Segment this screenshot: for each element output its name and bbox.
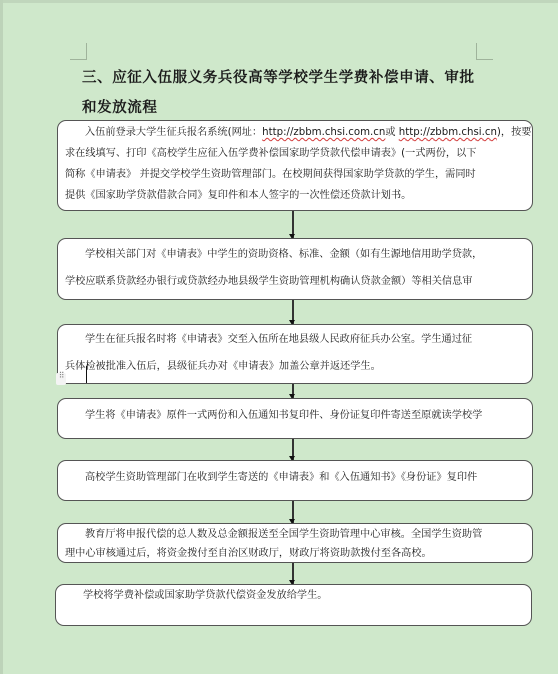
flow-step-6-line-2: 理中心审核通过后，将资金拨付至自治区财政厅，财政厅将资助款拨付至各高校。 [65, 544, 525, 563]
step-1-text-mid: 或 [385, 127, 398, 138]
flow-step-1-box[interactable]: 入伍前登录大学生征兵报名系统(网址：http://zbbm.chsi.com.c… [57, 120, 533, 211]
flow-step-7-box[interactable]: 学校将学费补偿或国家助学贷款代偿资金发放给学生。 [55, 584, 532, 626]
section-heading-line1: 三、应征入伍服义务兵役高等学校学生学费补偿申请、审批 [82, 66, 482, 87]
flow-step-1-line-1: 入伍前登录大学生征兵报名系统(网址：http://zbbm.chsi.com.c… [65, 122, 525, 143]
flow-step-7-line-1: 学校将学费补偿或国家助学贷款代偿资金发放给学生。 [63, 585, 524, 606]
flow-step-2-line-1: 学校相关部门对《申请表》中学生的资助资格、标准、金额（如有生源地信用助学贷款， [65, 241, 525, 268]
arrow-down-connector [292, 439, 294, 460]
flow-step-3-box[interactable]: 学生在征兵报名时将《申请表》交至入伍所在地县级人民政府征兵办公室。学生通过征 兵… [57, 324, 533, 384]
flow-step-4-line-1: 学生将《申请表》原件一式两份和入伍通知书复印件、身份证复印件寄送至原就读学校学 [65, 405, 525, 426]
flow-step-6-line-1: 教育厅将申报代偿的总人数及总金额报送至全国学生资助管理中心审核。全国学生资助管 [65, 525, 525, 544]
flow-step-2-box[interactable]: 学校相关部门对《申请表》中学生的资助资格、标准、金额（如有生源地信用助学贷款， … [57, 238, 533, 300]
flow-step-1-line-4: 提供《国家助学贷款借款合同》复印件和本人签字的一次性偿还贷款计划书。 [65, 185, 525, 206]
flow-step-5-box[interactable]: 高校学生资助管理部门在收到学生寄送的《申请表》和《入伍通知书》《身份证》复印件 [57, 460, 533, 501]
flow-step-6-box[interactable]: 教育厅将申报代偿的总人数及总金额报送至全国学生资助管理中心审核。全国学生资助管 … [57, 523, 533, 563]
url-link-2[interactable]: http://zbbm.chsi.cn [399, 127, 497, 138]
section-heading-line2: 和发放流程 [82, 96, 482, 117]
window-left-edge [0, 0, 3, 674]
text-cursor [86, 366, 87, 383]
page-margin-corner-mark-left [70, 43, 87, 60]
flow-step-1-line-3: 简称《申请表》 并提交学校学生资助管理部门。在校期间获得国家助学贷款的学生，需同… [65, 164, 525, 185]
flow-step-4-box[interactable]: 学生将《申请表》原件一式两份和入伍通知书复印件、身份证复印件寄送至原就读学校学 [57, 398, 533, 439]
flow-step-3-line-2: 兵体检被批准入伍后，县级征兵办对《申请表》加盖公章并返还学生。 [65, 353, 525, 380]
flow-step-3-line-1: 学生在征兵报名时将《申请表》交至入伍所在地县级人民政府征兵办公室。学生通过征 [65, 326, 525, 353]
arrow-down-connector [292, 300, 294, 324]
window-top-edge [0, 0, 558, 3]
step-1-text-pre: 入伍前登录大学生征兵报名系统(网址： [85, 127, 262, 138]
arrow-down-connector [292, 501, 294, 523]
flow-step-5-line-1: 高校学生资助管理部门在收到学生寄送的《申请表》和《入伍通知书》《身份证》复印件 [65, 467, 525, 488]
flow-step-2-line-2: 学校应联系贷款经办银行或贷款经办地县级学生资助管理机构确认贷款金额）等相关信息审 [65, 268, 525, 295]
arrow-down-connector [292, 384, 294, 398]
drag-handle-icon[interactable]: ⠿ [56, 373, 66, 385]
flow-step-1-line-2: 求在线填写、打印《高校学生应征入伍学费补偿国家助学贷款代偿申请表》(一式两份，以… [65, 143, 525, 164]
url-link-1[interactable]: http://zbbm.chsi.com.cn [262, 127, 385, 138]
page-margin-corner-mark-right [476, 43, 493, 60]
step-1-text-post: )，按要 [497, 127, 532, 138]
arrow-down-connector [292, 211, 294, 238]
arrow-down-connector [292, 563, 294, 584]
